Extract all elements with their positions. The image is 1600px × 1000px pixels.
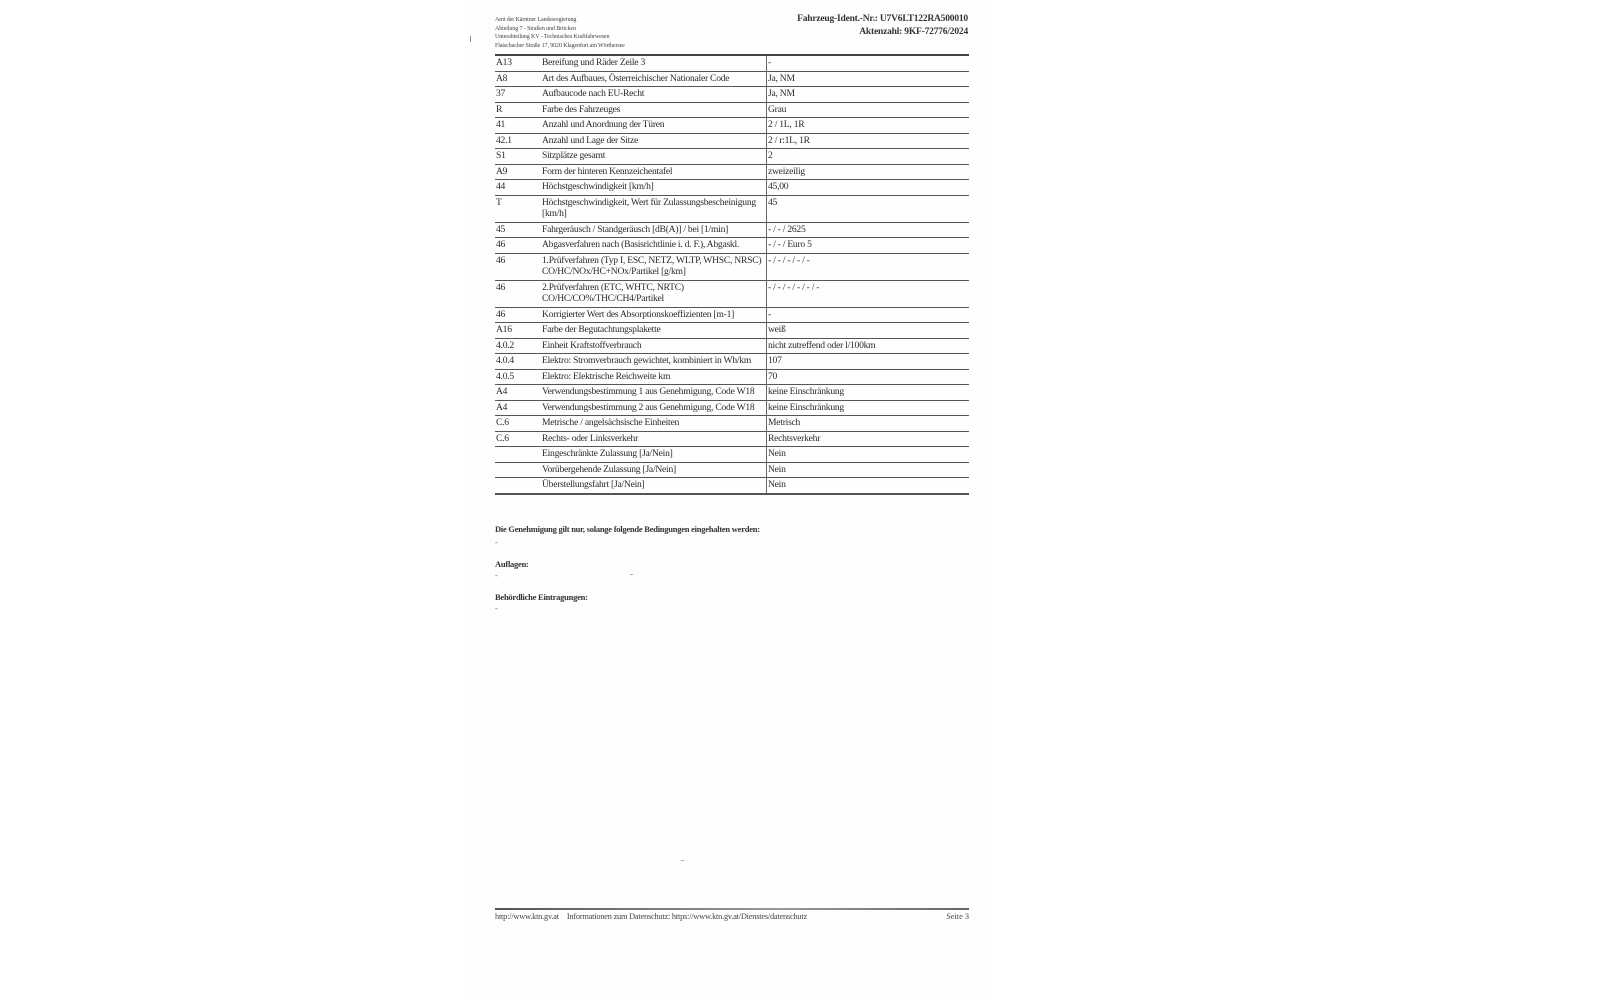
row-label: Überstellungsfahrt [Ja/Nein]	[541, 478, 767, 494]
row-code: 37	[495, 87, 541, 103]
row-value: 45,00	[767, 180, 970, 196]
row-label: Art des Aufbaues, Österreichischer Natio…	[541, 71, 767, 87]
row-code	[495, 462, 541, 478]
row-code	[495, 478, 541, 494]
row-label: Form der hinteren Kennzeichentafel	[541, 164, 767, 180]
privacy-link[interactable]: Informationen zum Datenschutz: https://w…	[567, 912, 807, 921]
row-code: A4	[495, 385, 541, 401]
row-label: Anzahl und Lage der Sitze	[541, 133, 767, 149]
vehicle-ident-number: Fahrzeug-Ident.-Nr.: U7V6LT122RA500010	[797, 13, 968, 26]
authority-line: Flatschacher Straße 17, 9020 Klagenfurt …	[495, 42, 625, 51]
requirements-value: -	[495, 571, 498, 580]
official-entries-heading: Behördliche Eintragungen:	[495, 592, 588, 602]
row-code: 42.1	[495, 133, 541, 149]
row-value: Nein	[767, 478, 970, 494]
validity-conditions-value: -	[495, 538, 498, 547]
table-row: 461.Prüfverfahren (Typ I, ESC, NETZ, WLT…	[495, 253, 969, 280]
table-row: 4.0.2Einheit Kraftstoffverbrauchnicht zu…	[495, 338, 969, 354]
row-value: Ja, NM	[767, 71, 970, 87]
row-value: 2 / 1L, 1R	[767, 118, 970, 134]
authority-line: Amt der Kärntner Landesregierung	[495, 16, 625, 25]
table-row: A8Art des Aufbaues, Österreichischer Nat…	[495, 71, 969, 87]
scan-speck	[681, 860, 684, 861]
row-label: Eingeschränkte Zulassung [Ja/Nein]	[541, 447, 767, 463]
row-code: S1	[495, 149, 541, 165]
table-row: 4.0.4Elektro: Stromverbrauch gewichtet, …	[495, 354, 969, 370]
table-row: A4Verwendungsbestimmung 1 aus Genehmigun…	[495, 385, 969, 401]
row-value: keine Einschränkung	[767, 400, 970, 416]
table-row: 37Aufbaucode nach EU-RechtJa, NM	[495, 87, 969, 103]
row-value: - / - / - / - / -	[767, 253, 970, 280]
row-code: 45	[495, 222, 541, 238]
row-code: 46	[495, 307, 541, 323]
row-value: - / - / 2625	[767, 222, 970, 238]
row-label: Farbe der Begutachtungsplakette	[541, 323, 767, 339]
row-label: Bereifung und Räder Zeile 3	[541, 55, 767, 71]
row-label: Rechts- oder Linksverkehr	[541, 431, 767, 447]
row-code: 46	[495, 238, 541, 254]
footer-rule	[495, 908, 969, 910]
row-value: Nein	[767, 447, 970, 463]
document-page: Amt der Kärntner Landesregierung Abteilu…	[470, 0, 990, 1000]
row-label: Aufbaucode nach EU-Recht	[541, 87, 767, 103]
row-value: keine Einschränkung	[767, 385, 970, 401]
row-code: 4.0.4	[495, 354, 541, 370]
row-label: 2.Prüfverfahren (ETC, WHTC, NRTC) CO/HC/…	[541, 280, 767, 307]
table-row: C.6Metrische / angelsächsische Einheiten…	[495, 416, 969, 432]
row-label: 1.Prüfverfahren (Typ I, ESC, NETZ, WLTP,…	[541, 253, 767, 280]
row-label: Anzahl und Anordnung der Türen	[541, 118, 767, 134]
row-code: A13	[495, 55, 541, 71]
row-label: Vorübergehende Zulassung [Ja/Nein]	[541, 462, 767, 478]
table-row: C.6Rechts- oder LinksverkehrRechtsverkeh…	[495, 431, 969, 447]
row-value: 70	[767, 369, 970, 385]
table-row: S1Sitzplätze gesamt2	[495, 149, 969, 165]
row-label: Höchstgeschwindigkeit, Wert für Zulassun…	[541, 195, 767, 222]
scan-mark	[470, 36, 471, 42]
table-row: Vorübergehende Zulassung [Ja/Nein]Nein	[495, 462, 969, 478]
table-row: Eingeschränkte Zulassung [Ja/Nein]Nein	[495, 447, 969, 463]
row-code: 41	[495, 118, 541, 134]
row-value: -	[767, 55, 970, 71]
row-code: 44	[495, 180, 541, 196]
table-row: 45Fahrgeräusch / Standgeräusch [dB(A)] /…	[495, 222, 969, 238]
row-value: Nein	[767, 462, 970, 478]
table-row: A4Verwendungsbestimmung 2 aus Genehmigun…	[495, 400, 969, 416]
row-code: 4.0.5	[495, 369, 541, 385]
table-row: THöchstgeschwindigkeit, Wert für Zulassu…	[495, 195, 969, 222]
table-row: 462.Prüfverfahren (ETC, WHTC, NRTC) CO/H…	[495, 280, 969, 307]
document-identifiers: Fahrzeug-Ident.-Nr.: U7V6LT122RA500010 A…	[797, 13, 968, 39]
authority-line: Unterabteilung KV - Technisches Kraftfah…	[495, 33, 625, 42]
table-row: Überstellungsfahrt [Ja/Nein]Nein	[495, 478, 969, 494]
row-code: A8	[495, 71, 541, 87]
scan-speck	[630, 574, 633, 575]
official-entries-value: -	[495, 604, 498, 613]
row-code: T	[495, 195, 541, 222]
website-link[interactable]: http://www.ktn.gv.at	[495, 912, 559, 921]
row-label: Sitzplätze gesamt	[541, 149, 767, 165]
row-label: Metrische / angelsächsische Einheiten	[541, 416, 767, 432]
table-row: 42.1Anzahl und Lage der Sitze2 / r:1L, 1…	[495, 133, 969, 149]
row-value: - / - / Euro 5	[767, 238, 970, 254]
table-row: A9Form der hinteren Kennzeichentafelzwei…	[495, 164, 969, 180]
row-value: 45	[767, 195, 970, 222]
row-value: - / - / - / - / - / -	[767, 280, 970, 307]
row-label: Verwendungsbestimmung 2 aus Genehmigung,…	[541, 400, 767, 416]
row-label: Verwendungsbestimmung 1 aus Genehmigung,…	[541, 385, 767, 401]
row-value: 107	[767, 354, 970, 370]
row-code: C.6	[495, 431, 541, 447]
page-number: Seite 3	[946, 912, 969, 921]
row-code	[495, 447, 541, 463]
table-row: 44Höchstgeschwindigkeit [km/h]45,00	[495, 180, 969, 196]
row-label: Farbe des Fahrzeuges	[541, 102, 767, 118]
row-code: 46	[495, 280, 541, 307]
row-value: weiß	[767, 323, 970, 339]
file-number: Aktenzahl: 9KF-72776/2024	[797, 26, 968, 39]
issuing-authority: Amt der Kärntner Landesregierung Abteilu…	[495, 16, 625, 50]
row-code: 46	[495, 253, 541, 280]
row-label: Elektro: Elektrische Reichweite km	[541, 369, 767, 385]
row-code: A16	[495, 323, 541, 339]
row-label: Elektro: Stromverbrauch gewichtet, kombi…	[541, 354, 767, 370]
requirements-heading: Auflagen:	[495, 559, 529, 569]
row-label: Einheit Kraftstoffverbrauch	[541, 338, 767, 354]
footer-links: http://www.ktn.gv.atInformationen zum Da…	[495, 912, 807, 921]
table-row: A16Farbe der Begutachtungsplaketteweiß	[495, 323, 969, 339]
row-value: Ja, NM	[767, 87, 970, 103]
row-label: Abgasverfahren nach (Basisrichtlinie i. …	[541, 238, 767, 254]
row-label: Korrigierter Wert des Absorptionskoeffiz…	[541, 307, 767, 323]
row-code: C.6	[495, 416, 541, 432]
row-code: A9	[495, 164, 541, 180]
table-row: A13Bereifung und Räder Zeile 3-	[495, 55, 969, 71]
row-value: 2 / r:1L, 1R	[767, 133, 970, 149]
row-value: 2	[767, 149, 970, 165]
row-code: R	[495, 102, 541, 118]
row-value: Metrisch	[767, 416, 970, 432]
vehicle-spec-table: A13Bereifung und Räder Zeile 3-A8Art des…	[495, 54, 969, 495]
row-value: Rechtsverkehr	[767, 431, 970, 447]
row-code: 4.0.2	[495, 338, 541, 354]
row-value: zweizeilig	[767, 164, 970, 180]
table-row: 41Anzahl und Anordnung der Türen2 / 1L, …	[495, 118, 969, 134]
row-value: Grau	[767, 102, 970, 118]
row-value: nicht zutreffend oder l/100km	[767, 338, 970, 354]
row-label: Fahrgeräusch / Standgeräusch [dB(A)] / b…	[541, 222, 767, 238]
row-label: Höchstgeschwindigkeit [km/h]	[541, 180, 767, 196]
row-code: A4	[495, 400, 541, 416]
table-row: 46Abgasverfahren nach (Basisrichtlinie i…	[495, 238, 969, 254]
table-row: 46Korrigierter Wert des Absorptionskoeff…	[495, 307, 969, 323]
table-row: 4.0.5Elektro: Elektrische Reichweite km7…	[495, 369, 969, 385]
authority-line: Abteilung 7 - Straßen und Brücken	[495, 25, 625, 34]
validity-conditions-heading: Die Genehmigung gilt nur, solange folgen…	[495, 524, 760, 534]
table-row: RFarbe des FahrzeugesGrau	[495, 102, 969, 118]
row-value: -	[767, 307, 970, 323]
